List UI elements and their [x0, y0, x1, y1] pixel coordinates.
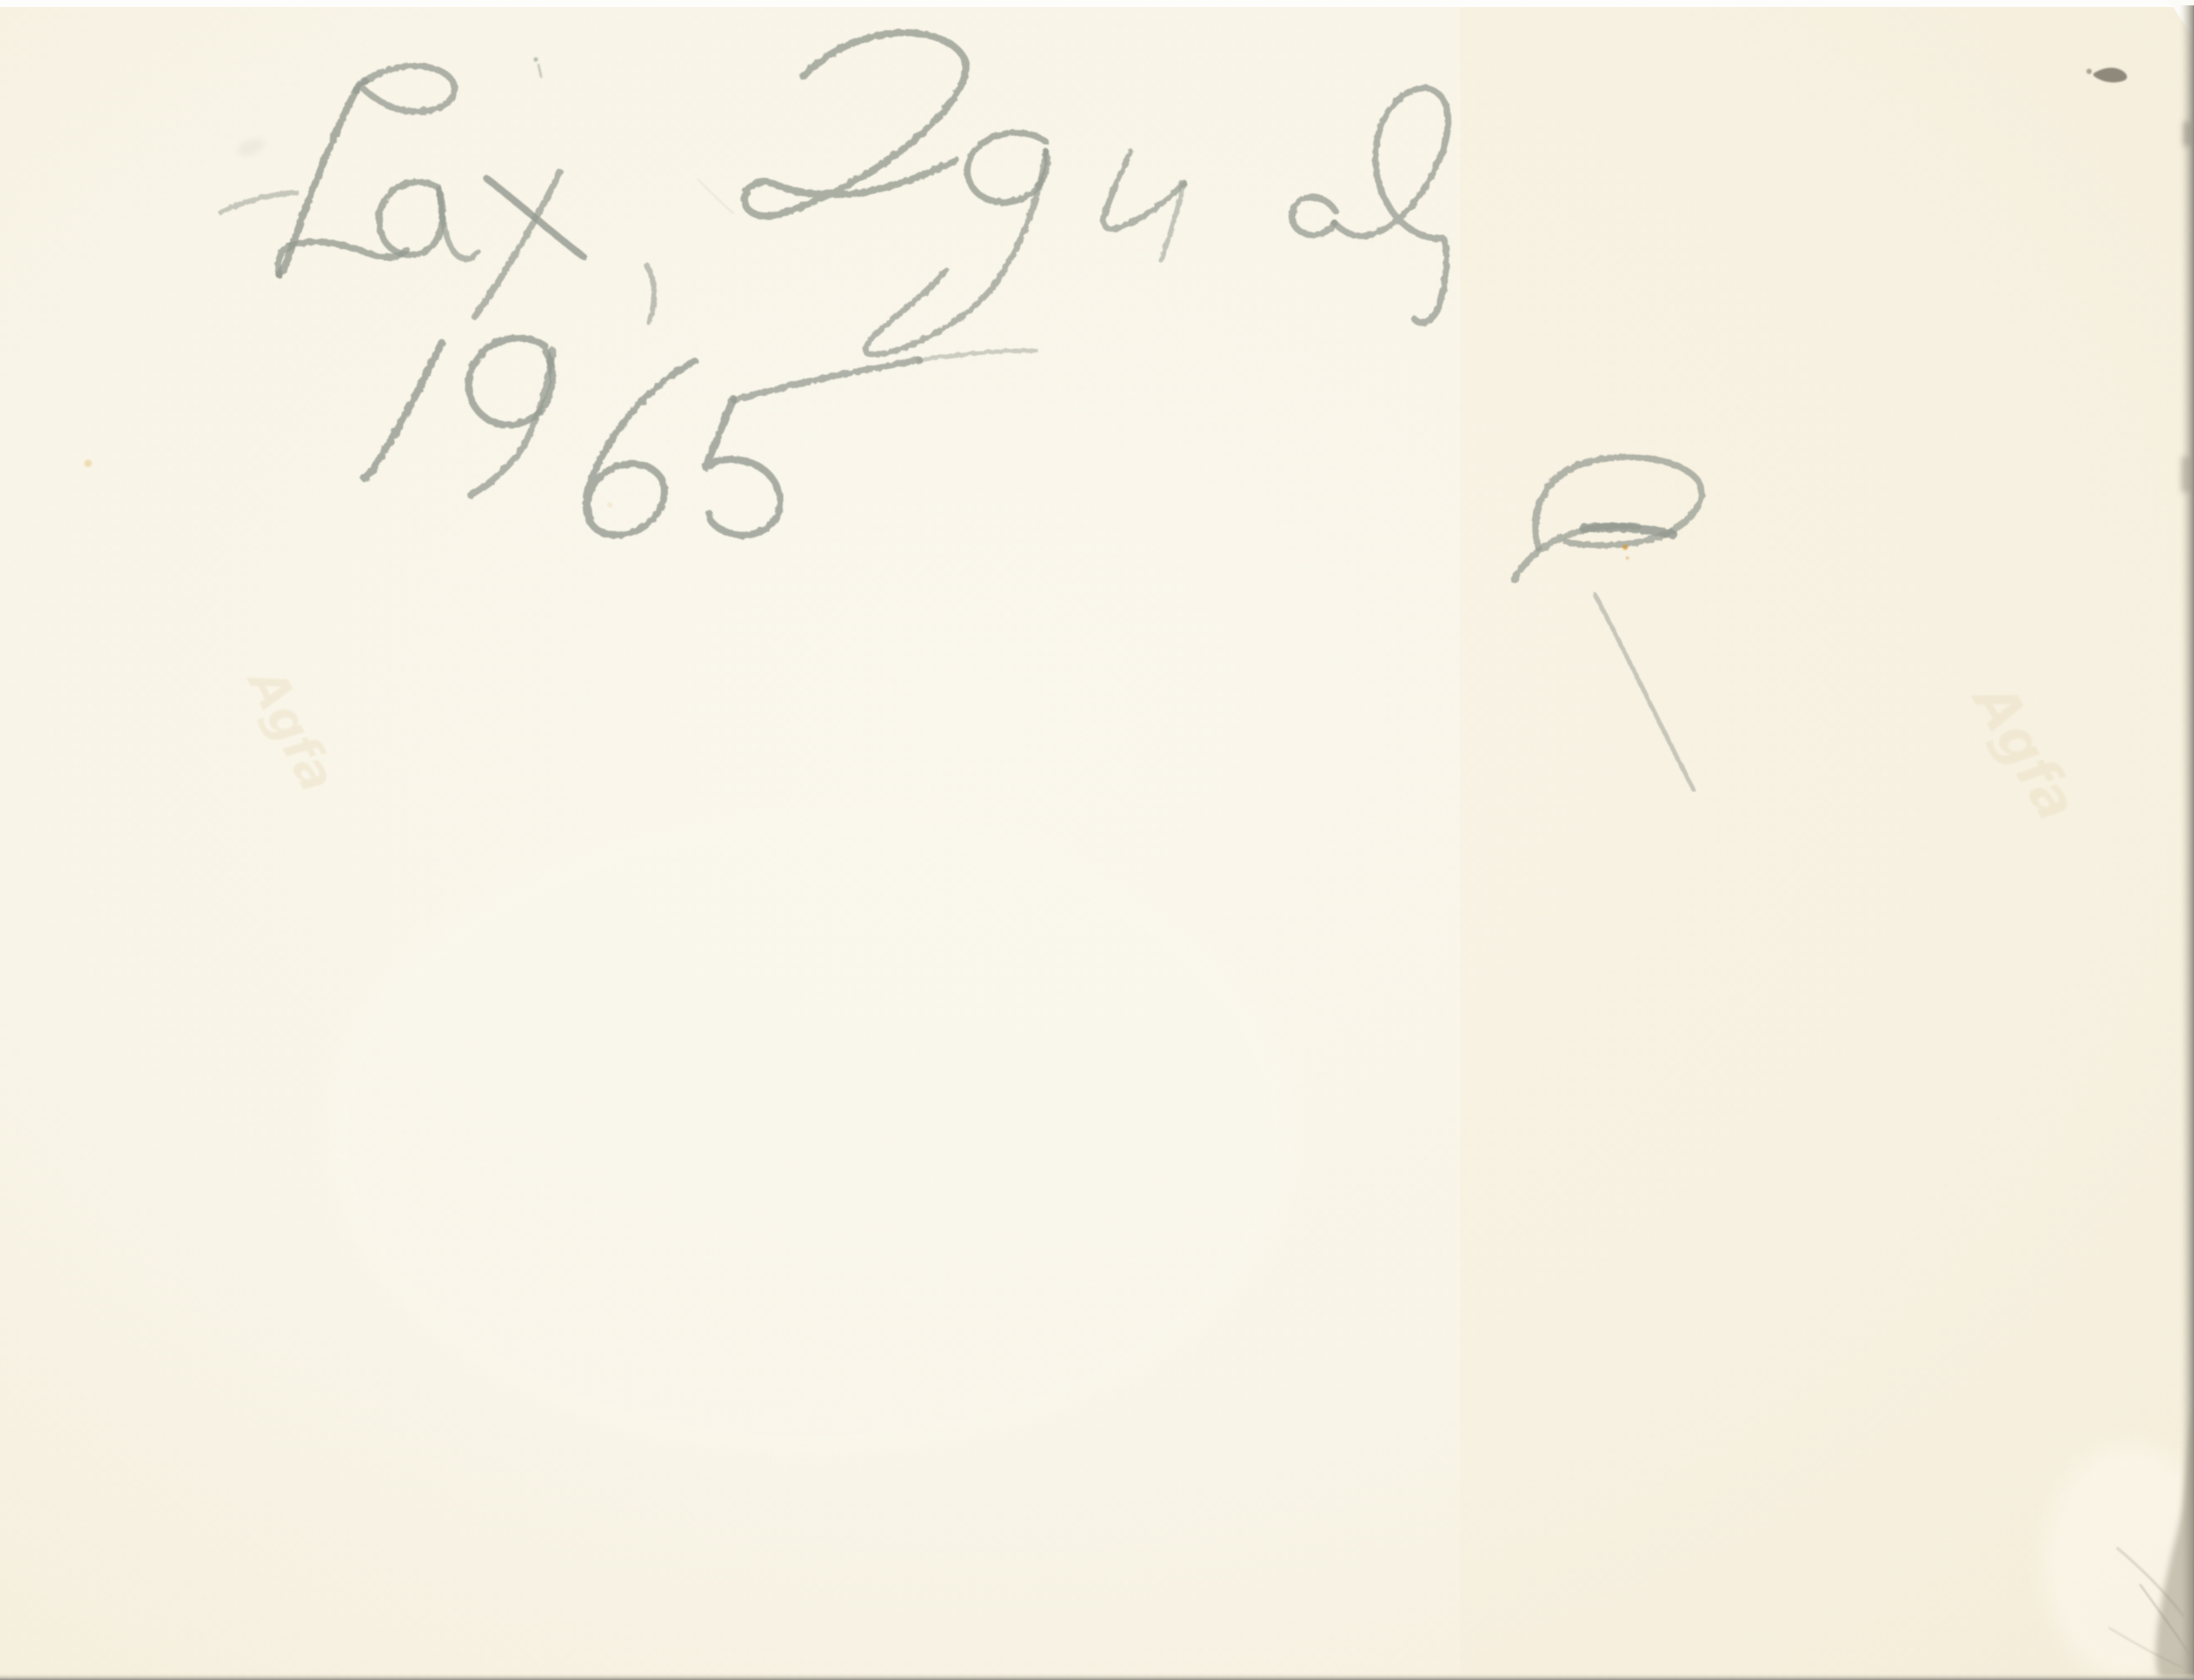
scan-edge-bottom [0, 1673, 2194, 1680]
stain-speck-2 [607, 502, 613, 508]
scanner-top-strip [0, 0, 2194, 7]
edge-notch-2 [2181, 457, 2192, 492]
paper-sheen [324, 811, 1298, 1460]
stain-speck-orange [1623, 544, 1628, 550]
smudge-dot [2086, 69, 2092, 74]
stain-speck-orange-2 [1626, 556, 1629, 560]
scan-scene: Agfa Agfa [0, 0, 2194, 1680]
paper-grain [0, 0, 2194, 1680]
stain-speck-1 [84, 460, 92, 467]
edge-notch-1 [2183, 122, 2192, 146]
photo-back-scan: Бах, Эд и Я 1965 [0, 0, 2194, 1680]
pencil-dot-speck [534, 57, 538, 62]
